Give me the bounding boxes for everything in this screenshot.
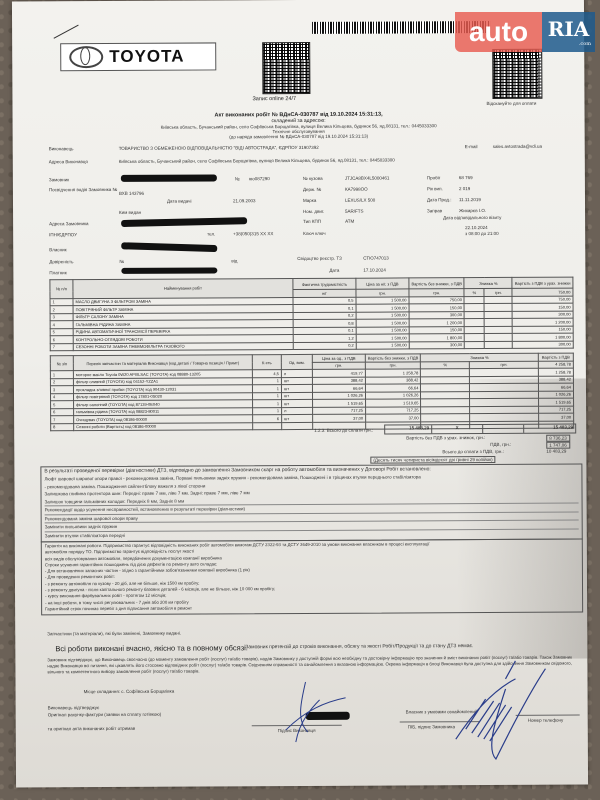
cell-qty: 4,5 [252,370,281,378]
diagnostic-line: Замінити втулки стабілізатора передні [45,528,579,539]
engine-value: 5AR/FTS [345,209,364,214]
plate-label: Держ. № [303,187,321,192]
cell-empty [485,318,513,326]
pay-x: X [432,425,483,433]
warranty-box: Гарантія на виконані роботи. Підприємств… [41,539,583,616]
cell-empty [465,311,485,319]
vin-value: JTJCA8BX4L5000461 [345,176,390,181]
executor-signature [266,680,356,750]
watermark-ria-text: RIA [548,17,590,41]
customer-address-label: Адреса Замовника [49,221,88,226]
watermark-auto: auto [455,12,542,52]
col-sum: Вартість без знижки, з ПДВ [409,278,465,289]
brand-name: TOYOTA [109,47,184,67]
make-value: LEXUS/LX 500 [345,198,375,203]
cell-no: 3 [50,386,73,394]
receiver-label: Заправ [427,208,442,213]
qr-caption: Запис online 24/7 [252,96,296,102]
cell-no: 2 [50,378,73,386]
document-heading: Акт виконаних робіт № ВДнСА-030787 від 1… [13,111,585,141]
cell-name: Сезонні роботи (Вартість) код 08186-0000… [74,422,253,430]
vin-label: № кузова [303,176,323,181]
col-qty: Фактична трудомісткість [293,278,356,289]
cell-empty [465,334,485,342]
vat-label: ПДВ, грн.: [490,442,511,447]
owner-label: Власник [49,247,66,252]
mileage-value: 68 769 [459,175,473,180]
cell-empty [484,311,512,319]
cell-empty [465,319,485,327]
cell-empty [485,326,513,334]
cell-unit [282,422,313,430]
no-claims-statement: Замовник претензій до строків виконання,… [245,643,473,650]
redacted-address [121,217,247,227]
pay-sum: 15 483,29 [385,425,432,433]
toyota-logo: TOYOTA [60,42,216,71]
next-visit-time: з 08:00 до 21:00 [465,231,498,236]
cell-empty [484,296,512,304]
col-parts-name: Перелік запчастин та матеріалів Виконавц… [73,355,252,371]
col-no: № п/п [50,280,73,299]
cell-unit: шт [282,414,313,422]
mileage-label: Пробіг [427,175,440,180]
cell-no: 7 [51,416,74,424]
contract-label: Свідоцтво реєстр. ТЗ [297,256,342,261]
kpp-label: Тип КПП [303,219,321,224]
total-vat-value: 10 483,29 [546,449,566,454]
col-total: Вартість з ПДВ з урах. знижки [512,277,573,288]
cell-no: 1 [50,371,73,379]
executor-address: Київська область, Бучанський район, село… [119,158,395,164]
booking-qr-code[interactable] [262,42,310,94]
sale-date-value: 11.11.2019 [459,197,481,202]
email-value: sales.avtostrada@vdi.ua [493,144,542,149]
executor-confirms: Виконавець підтверджує [48,705,100,710]
toyota-emblem-icon [69,46,103,68]
cell-empty [485,333,513,341]
col-disc-pct: % [464,289,484,297]
cell-qty: 1 [253,407,282,415]
cell-qty: 1 [252,392,281,400]
cell-empty [484,303,512,311]
cell-no: 4 [50,321,73,329]
works-table: № п/п Найменування робіт Фактична трудом… [49,277,573,352]
col-price: Ціна за н/г, з ПДВ [356,278,409,289]
sale-date-label: Дата Прод.: [427,197,452,202]
tax-id-label: ІПН/ЄДРПОУ [49,232,77,237]
power-from: від [231,258,237,263]
plate-value: КА7998ОО [345,187,368,192]
phone-value: +38(050)315 XX XX [233,231,273,236]
cell-unit: шт [281,384,312,392]
cell-qty: 1 [252,385,281,393]
cell-unit: шт [281,377,312,385]
col-name: Найменування робіт [73,279,293,299]
cell-sum: 300,00 [409,341,465,349]
executor-name: ТОВАРИСТВО З ОБМЕЖЕНОЮ ВІДПОВІДАЛЬНІСТЮ … [119,145,319,151]
col-discount: Знижка % [464,277,512,288]
pay-label: 1.2.3. Всього до сплати грн.: [314,428,373,433]
executor-label: Виконавець [49,146,74,151]
cell-unit: л [281,369,312,377]
contract-value: СТЮ747013 [363,256,388,261]
autoria-watermark: auto RIA .com [455,12,595,54]
kpp-value: АТМ [345,219,354,224]
cell-price: 1 500,00 [356,341,409,349]
cell-no: 4 [50,393,73,401]
cell-qty: 1 [252,377,281,385]
date-value: 17.10.2024 [363,268,386,273]
pay-blank [483,425,524,433]
cell-unit: шт [281,392,312,400]
id-doc-label: Посвідчення водія Замовника № [49,187,117,192]
executor-address-label: Адреса Виконавця [49,159,88,164]
cell-unit: шт [282,399,313,407]
date-label: Дата [329,268,339,273]
cell-empty [464,296,484,304]
issued-by-label: Ким видан [119,210,141,215]
document-page: TOYOTA Запис online 24/7 Відскануйте для… [12,0,588,787]
col-parts-no: № з/п [50,356,73,371]
key-label: Ключ ключ [303,231,325,236]
without-vat-label: Вартість без ПДВ з урах. знижок, грн.: [406,435,485,440]
no-label: № [235,176,240,181]
total-in-words: (Десять тисяч чотириста вісімдесят дві г… [370,456,495,464]
payer-label: Платник [49,270,66,275]
customer-label: Замовник [49,177,69,182]
col-parts-unit: Од. вим. [281,354,312,369]
customer-signature [435,659,556,770]
next-visit-date: 22.10.2024 [465,225,488,230]
id-doc-value: ВХВ 143796 [119,191,144,196]
col-disc-uah: грн. [484,288,512,296]
cell-qty: 1 [253,400,282,408]
customer-no: юо087290 [249,176,270,181]
watermark-suffix: .com [579,41,591,47]
cell-no: 7 [50,343,73,351]
total-vat-label: Всього до сплати з ПДВ, грн.: [442,449,504,454]
cell-no: 5 [50,328,73,336]
cell-empty [465,326,485,334]
invoice-note: Оригінал рахунку-фактури (заявки на спла… [48,712,162,718]
table-row: 7СЕЗОННІ РОБОТИ ЗАМІНА ПНЕВМОФІЛЬТРА ГАЗ… [50,341,573,351]
cell-no: 5 [51,401,74,409]
diagnostics-box: В результаті проведеної перевірки (діагн… [40,464,582,543]
engine-label: Ном. двиг. [303,209,324,214]
year-value: 2 019 [459,186,470,191]
cell-no: 6 [51,408,74,416]
phone-label: тел. [207,231,215,236]
cell-empty [485,341,513,349]
cell-total: 300,00 [513,341,574,349]
cell-no: 1 [50,298,73,306]
cell-no: 2 [50,306,73,314]
make-label: Марка [303,198,316,203]
cell-no: 8 [51,423,74,431]
cell-empty [465,304,485,312]
cell-unit: л [282,407,313,415]
payment-qr-code[interactable] [492,49,542,99]
cell-no: 6 [50,336,73,344]
original-act-note: та оригінал акта виконаних робіт отримав [48,726,135,731]
warranty-lines: Гарантія на виконані роботи. Підприємств… [42,540,582,614]
year-label: Рік вип. [427,186,443,191]
redacted-owner [121,242,217,252]
pay-total: 15 483,29 [524,425,575,433]
redacted-customer [121,174,217,182]
place-of-drafting: Місце складання: с. Софіївська Борщагівк… [84,689,175,694]
col-parts-qty: К-сть [252,355,281,370]
cell-qty: 0,2 [293,342,356,350]
receiver-value: Жихарєв І.О. [459,208,486,213]
watermark-ria: RIA .com [542,12,595,52]
cell-qty: 6 [253,415,282,423]
cell-name: СЕЗОННІ РОБОТИ ЗАМІНА ПНЕВМОФІЛЬТРА ГАЗО… [73,342,293,351]
cell-no: 3 [50,313,73,321]
redacted-payer [121,267,217,274]
cell-empty [465,341,485,349]
all-done-statement: Всі роботи виконані вчасно, якісно та в … [55,643,248,653]
email-label: E-mail [465,144,478,149]
payment-qr-caption: Відскануйте для оплати [486,101,536,106]
issue-date-value: 21.09.2003 [233,198,256,203]
parts-table: № з/п Перелік запчастин та матеріалів Ви… [50,353,574,432]
cell-qty [253,422,282,430]
power-no: № [119,259,124,264]
issue-date-label: Дата видачі [167,199,192,204]
next-visit-label: Дата відповідального візиту [443,215,501,220]
pen-mark [54,25,79,39]
power-label: Довіреність [49,259,73,264]
diagnostics-lines: Люфт шарової шарової опори правої - реко… [41,473,581,540]
pay-row: 15 483,29 X 15 483,29 [384,424,576,435]
parts-note: Запчастини (та матеріали), які були замі… [47,631,181,637]
